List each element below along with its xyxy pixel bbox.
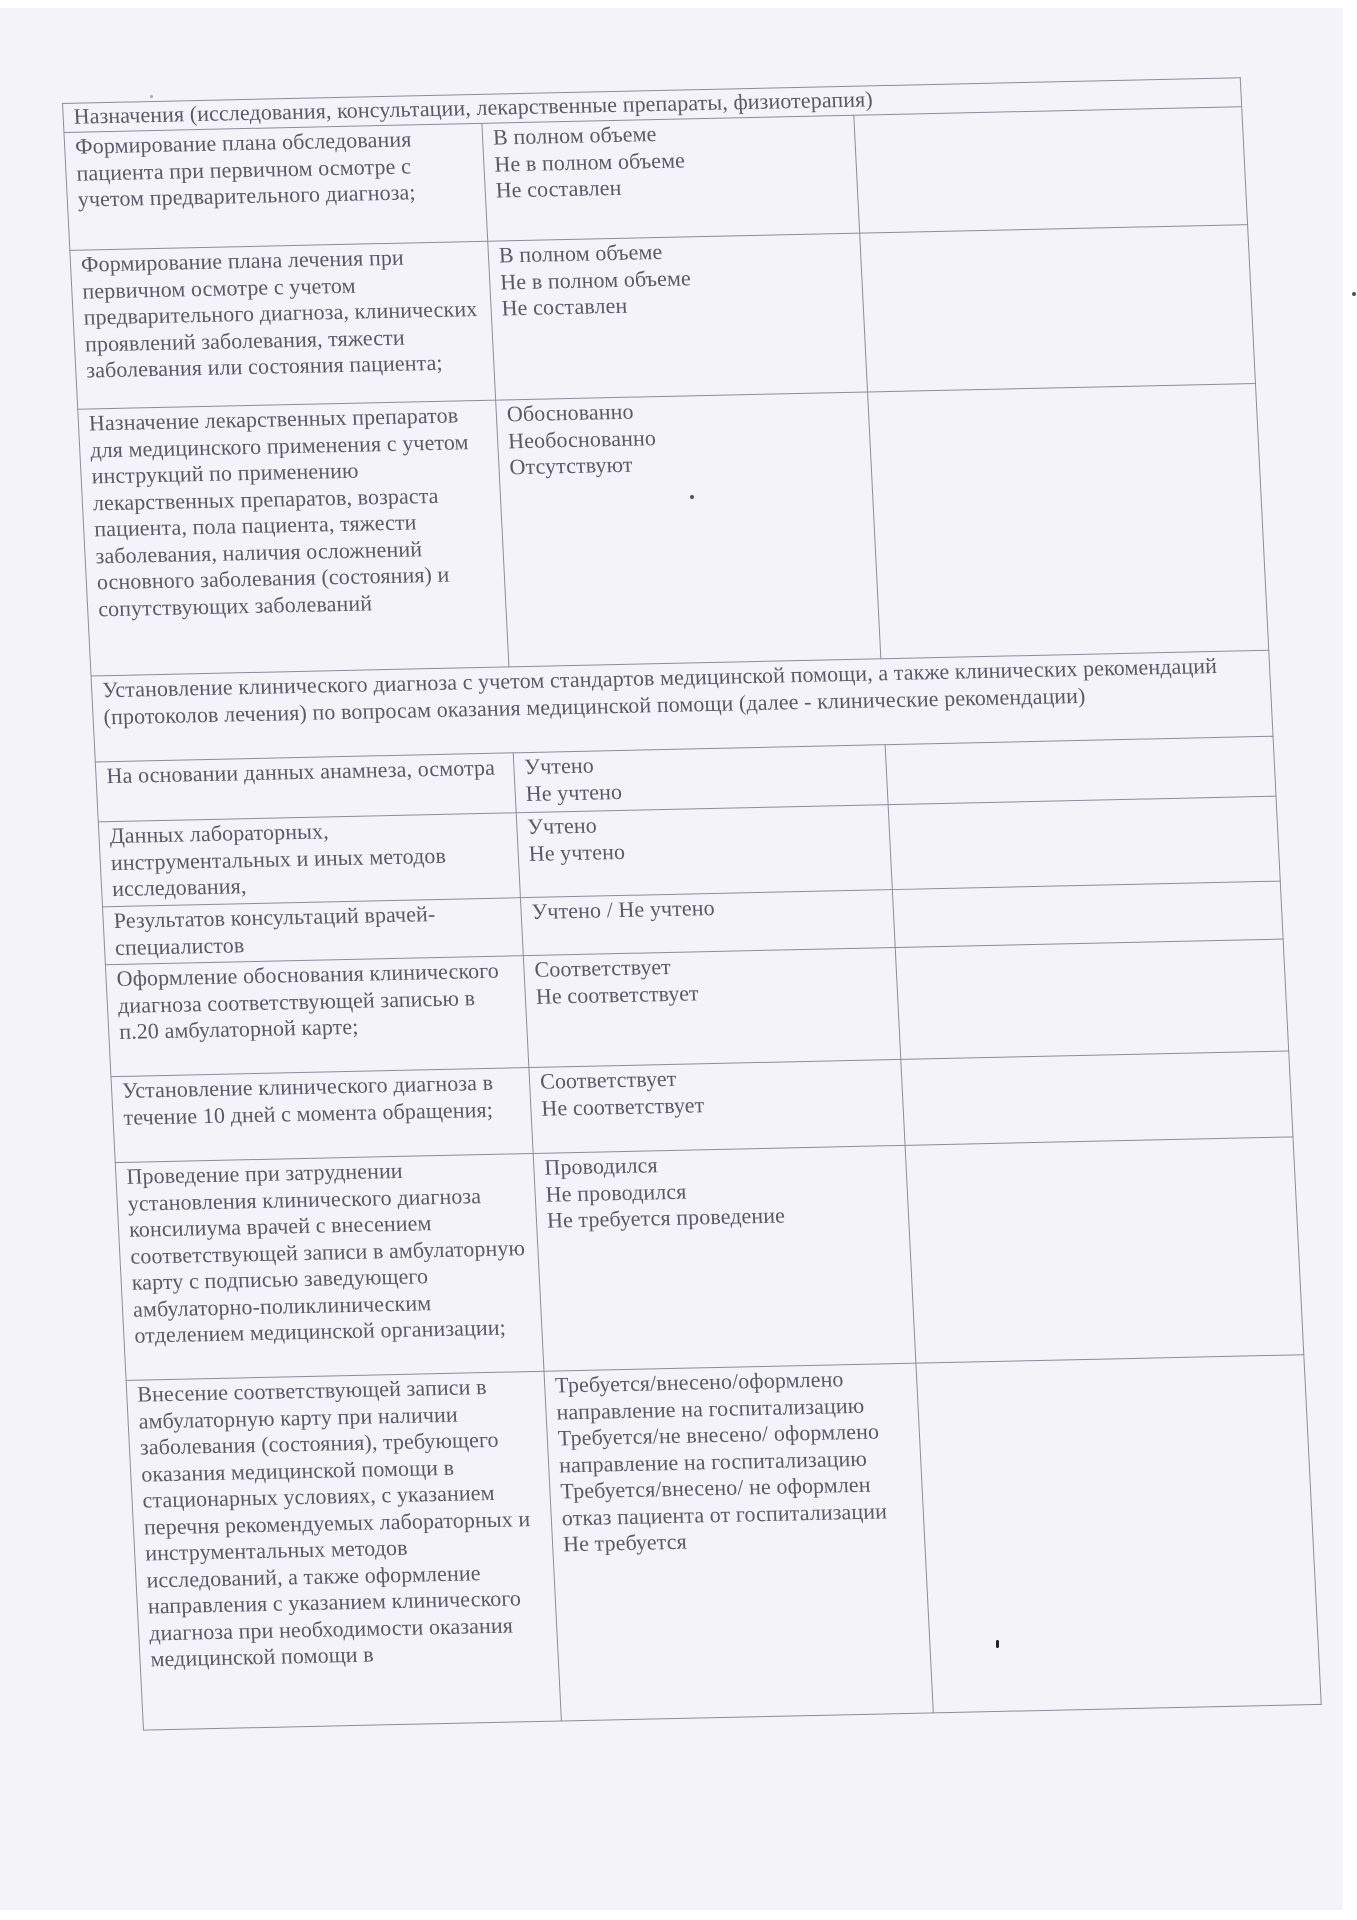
table-row: Внесение соответствующей записи в амбула…	[126, 1355, 1321, 1730]
mark-cell[interactable]	[888, 796, 1280, 889]
criterion-cell: Формирование плана обследования пациента…	[64, 123, 488, 250]
scan-speck	[690, 495, 694, 499]
mark-cell[interactable]	[868, 384, 1269, 659]
criterion-cell: Результатов консультаций врачей-специали…	[103, 898, 524, 965]
option: Учтено / Не учтено	[531, 891, 885, 925]
criterion-cell: Внесение соответствующей записи в амбула…	[126, 1371, 561, 1730]
criterion-cell: Назначение лекарственных препаратов для …	[78, 400, 509, 676]
criterion-cell: На основании данных анамнеза, осмотра	[95, 753, 516, 822]
table-row: Формирование плана лечения при первичном…	[70, 225, 1256, 410]
mark-cell[interactable]	[901, 1051, 1293, 1145]
scan-speck	[150, 95, 153, 98]
scan-right-margin	[1343, 0, 1357, 1920]
table-row: Назначение лекарственных препаратов для …	[78, 384, 1269, 676]
scan-bottom-margin	[0, 1910, 1357, 1920]
options-cell: Соответствует Не соответствует	[523, 948, 900, 1068]
mark-cell[interactable]	[916, 1355, 1321, 1713]
scan-top-margin	[0, 0, 1357, 8]
document-page: Назначения (исследования, консультации, …	[62, 77, 1321, 1730]
options-cell: В полном объеме Не в полном объеме Не со…	[482, 115, 860, 241]
scan-speck	[1352, 292, 1356, 296]
criterion-cell: Оформление обоснования клинического диаг…	[105, 956, 528, 1077]
mark-cell[interactable]	[860, 225, 1256, 392]
criterion-cell: Данных лабораторных, инструментальных и …	[98, 813, 520, 907]
table-row: Проведение при затруднении установления …	[115, 1137, 1304, 1381]
audit-checklist-table: Назначения (исследования, консультации, …	[62, 77, 1322, 1730]
options-cell: Проводился Не проводился Не требуется пр…	[533, 1145, 916, 1371]
criterion-cell: Установление клинического диагноза в теч…	[111, 1068, 533, 1163]
mark-cell[interactable]	[892, 881, 1283, 947]
options-cell: Учтено Не учтено	[513, 745, 888, 813]
options-cell: В полном объеме Не в полном объеме Не со…	[488, 233, 868, 400]
options-cell: Соответствует Не соответствует	[529, 1059, 905, 1153]
mark-cell[interactable]	[854, 107, 1248, 233]
option: Требуется/не внесено/ оформлено направле…	[557, 1418, 913, 1479]
option: Требуется/внесено/ не оформлен отказ пац…	[560, 1471, 916, 1532]
options-cell: Учтено Не учтено	[516, 805, 892, 898]
options-cell: Учтено / Не учтено	[520, 890, 895, 956]
options-cell: Требуется/внесено/оформлено направление …	[544, 1363, 933, 1721]
scan-speck	[996, 1640, 999, 1648]
mark-cell[interactable]	[905, 1137, 1304, 1363]
options-cell: Обоснованно Необоснованно Отсутствуют	[496, 392, 881, 667]
mark-cell[interactable]	[895, 939, 1288, 1059]
criterion-cell: Формирование плана лечения при первичном…	[70, 241, 496, 409]
criterion-cell: Проведение при затруднении установления …	[115, 1153, 544, 1380]
mark-cell[interactable]	[885, 736, 1276, 804]
option: Требуется/внесено/оформлено направление …	[555, 1365, 911, 1426]
